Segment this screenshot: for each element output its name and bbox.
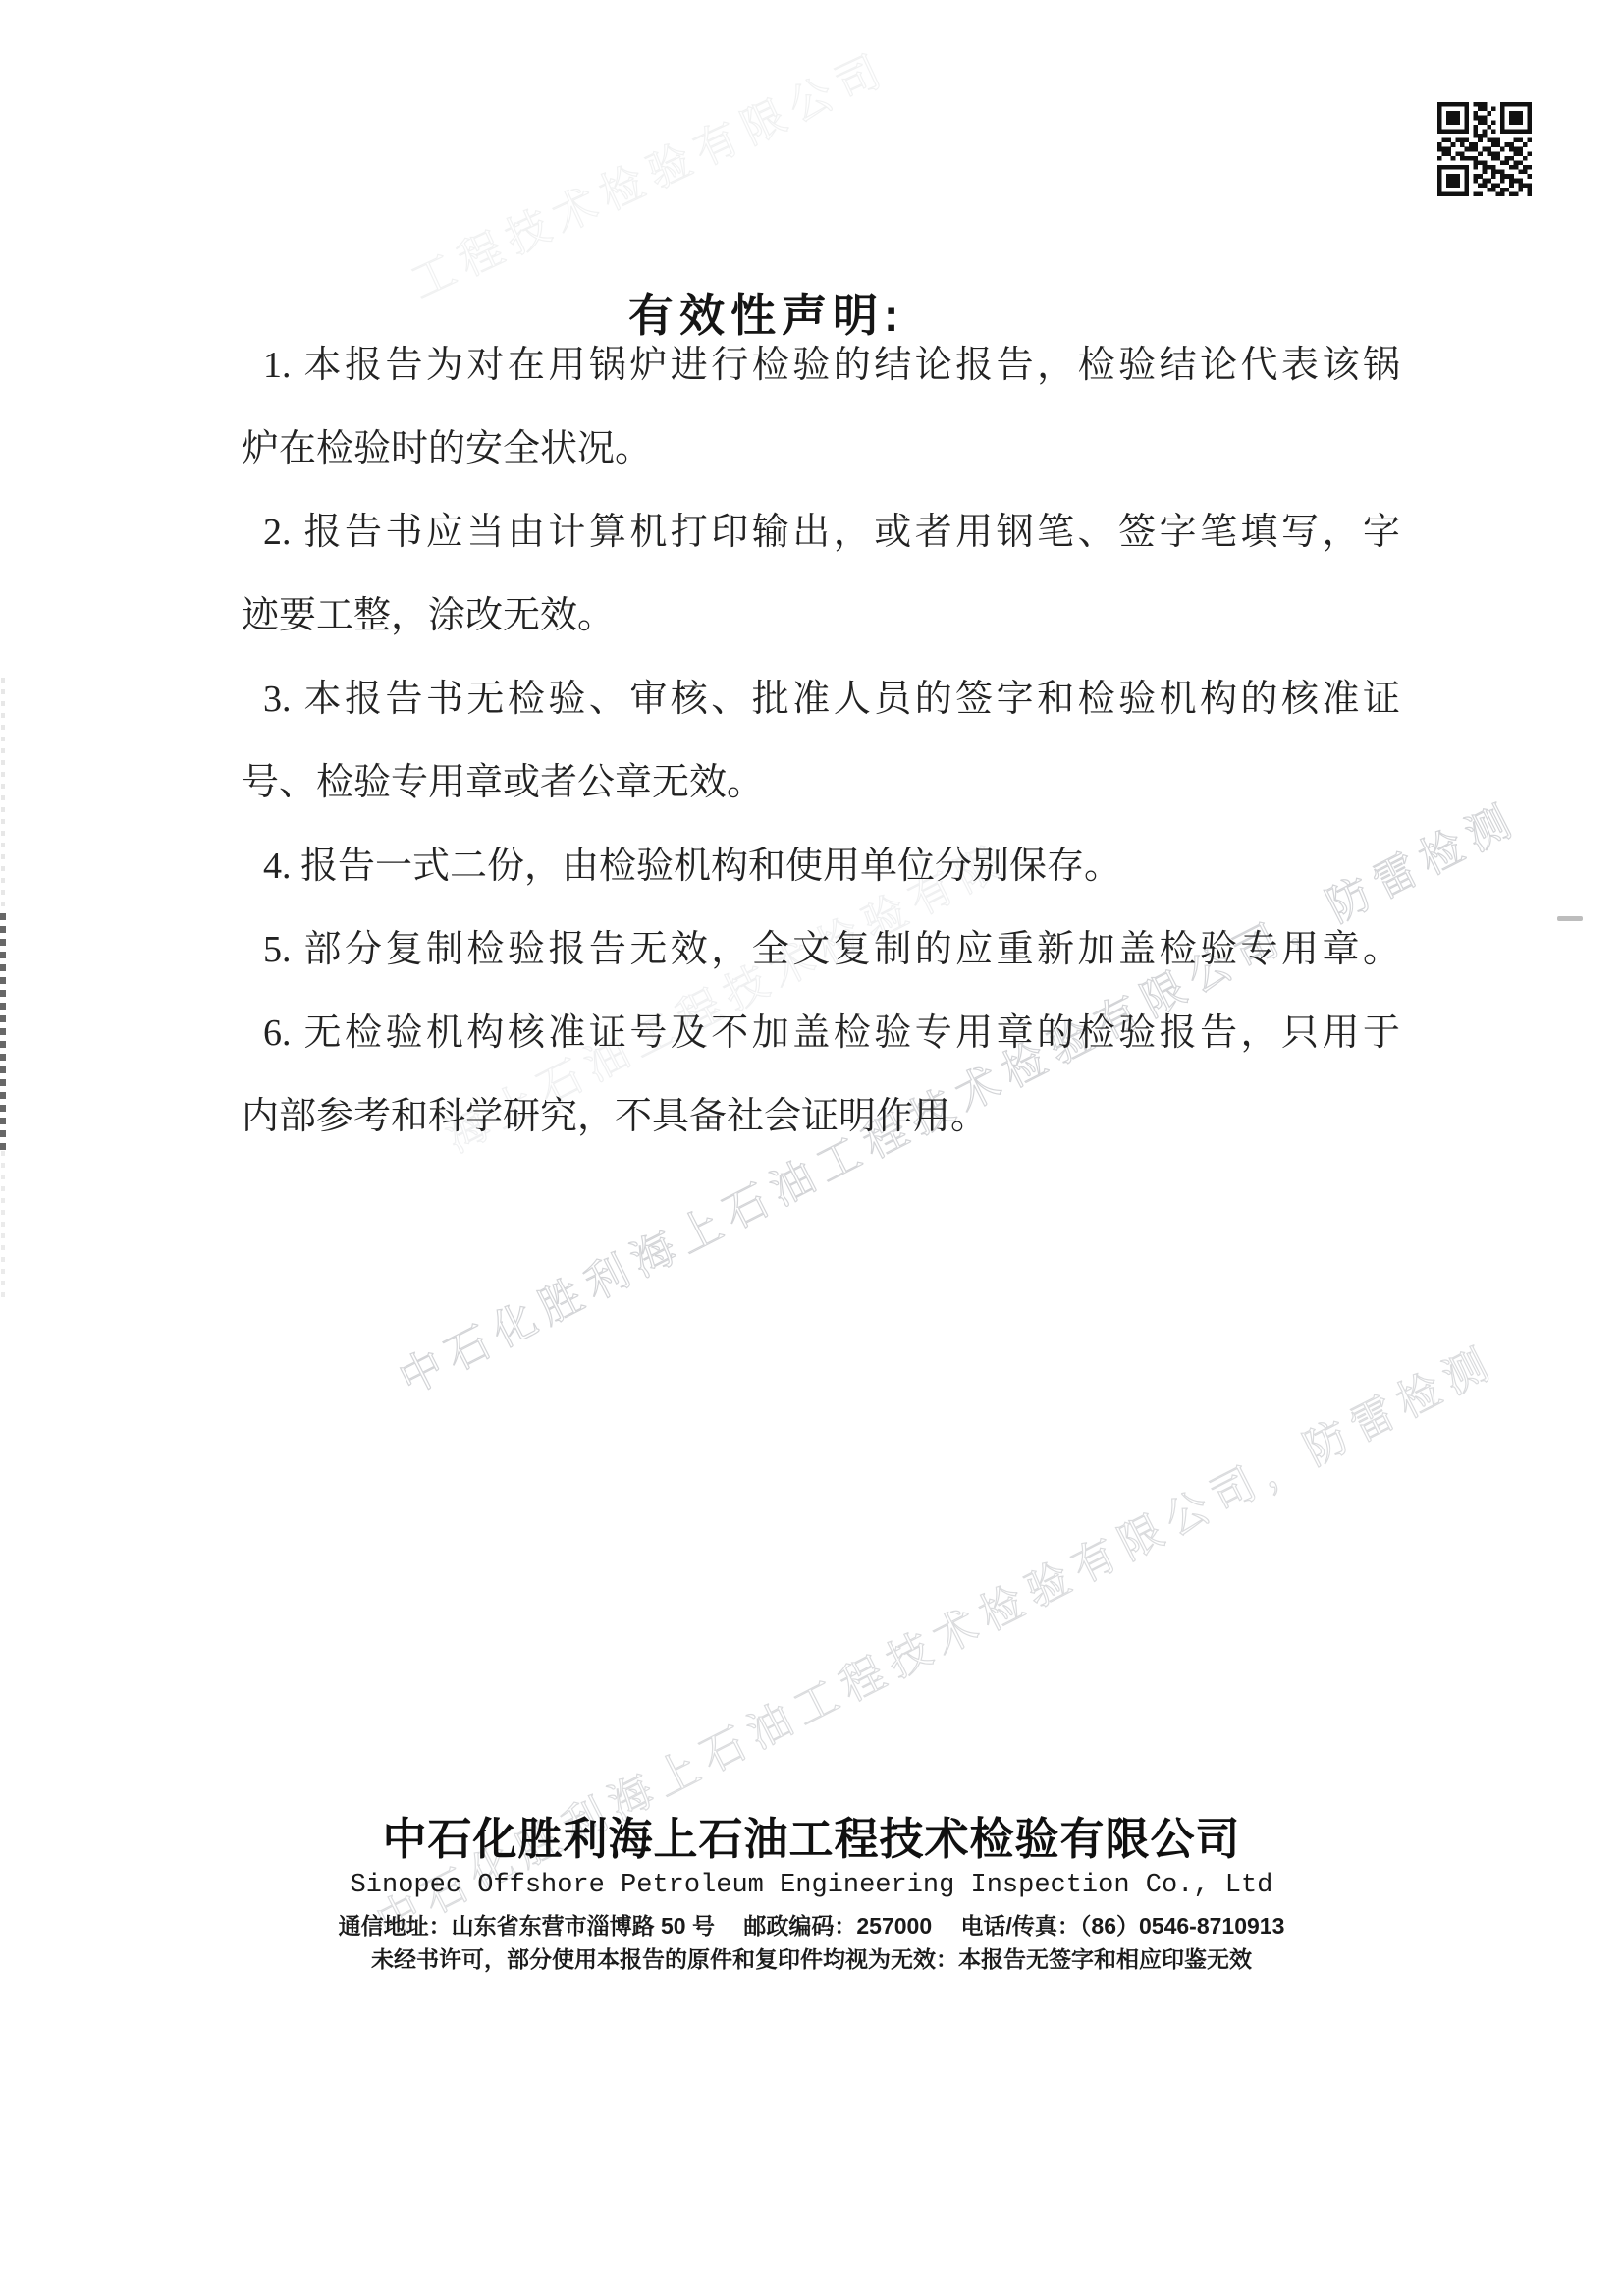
- statement-line: 炉在检验时的安全状况。: [242, 408, 1400, 491]
- statement-line: 6. 无检验机构核准证号及不加盖检验专用章的检验报告，只用于: [242, 992, 1400, 1075]
- scan-artifact-left-edge-tail: [1, 1151, 5, 1298]
- company-name-cn: 中石化胜利海上石油工程技术检验有限公司: [0, 1811, 1623, 1868]
- scan-artifact-left-edge-faint: [1, 678, 5, 913]
- statement-line: 2. 报告书应当由计算机打印输出，或者用钢笔、签字笔填写，字: [242, 491, 1400, 574]
- contact-line: 通信地址：山东省东营市淄博路 50 号 邮政编码：257000 电话/传真：（8…: [0, 1909, 1623, 1942]
- notice-line: 未经书许可，部分使用本报告的原件和复印件均视为无效：本报告无签字和相应印鉴无效: [0, 1942, 1623, 1976]
- company-name-en: Sinopec Offshore Petroleum Engineering I…: [0, 1868, 1623, 1909]
- scan-artifact-left-edge: [0, 913, 6, 1151]
- footer: 中石化胜利海上石油工程技术检验有限公司 Sinopec Offshore Pet…: [0, 1811, 1623, 1976]
- watermark-fragment-top: 工程技术检验有限公司: [399, 33, 896, 310]
- statement-line: 4. 报告一式二份，由检验机构和使用单位分别保存。: [242, 825, 1400, 908]
- statement-line: 1. 本报告为对在用锅炉进行检验的结论报告，检验结论代表该锅: [242, 324, 1400, 408]
- statement-line: 3. 本报告书无检验、审核、批准人员的签字和检验机构的核准证: [242, 658, 1400, 741]
- scan-artifact-right-dash: [1557, 916, 1583, 921]
- statement-body: 1. 本报告为对在用锅炉进行检验的结论报告，检验结论代表该锅 炉在检验时的安全状…: [242, 324, 1400, 1159]
- statement-line: 迹要工整，涂改无效。: [242, 574, 1400, 658]
- document-page: 工程技术检验有限公司 海上石油工程技术检验有限 中石化胜利海上石油工程技术检验有…: [0, 0, 1623, 2296]
- statement-line: 5. 部分复制检验报告无效，全文复制的应重新加盖检验专用章。: [242, 908, 1400, 992]
- statement-line: 内部参考和科学研究，不具备社会证明作用。: [242, 1075, 1400, 1159]
- qr-code-icon: [1437, 102, 1532, 196]
- statement-line: 号、检验专用章或者公章无效。: [242, 741, 1400, 825]
